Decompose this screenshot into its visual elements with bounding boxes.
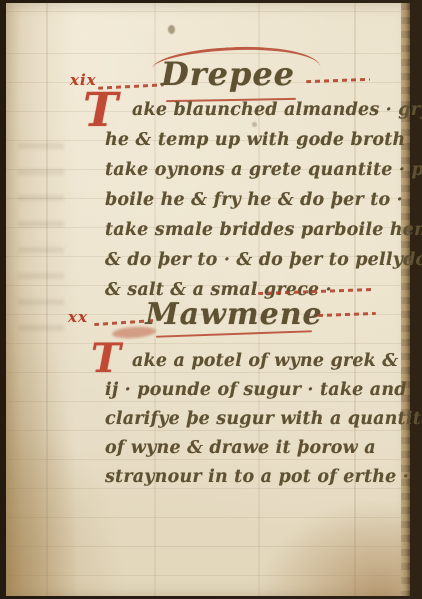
- recipe-line: take oynons a grete quantite · p: [105, 155, 385, 185]
- parchment-stain: [260, 501, 410, 596]
- recipe-title: Drepee: [148, 55, 308, 93]
- recipe-title: Mawmene: [144, 297, 324, 332]
- manuscript-photo: xix Drepee T ake blaunched almandes · gr…: [0, 0, 422, 599]
- recipe-text-block: ake a potel of wyne grek & ij · pounde o…: [105, 347, 385, 492]
- recipe-line: & do þer to · & do þer to pellydore: [105, 245, 385, 275]
- recipe-line: ake blaunched almandes · grynd: [105, 95, 385, 125]
- recipe-line: ake a potel of wyne grek &: [105, 347, 385, 376]
- recipe-line: clarifye þe sugur with a quantite: [105, 405, 385, 434]
- recipe-number-margin: xx: [68, 308, 88, 326]
- recipe-text-block: ake blaunched almandes · grynd he & temp…: [105, 95, 385, 305]
- recipe-line: ij · pounde of sugur · take and: [105, 376, 385, 405]
- recipe-line: take smale briddes parboile hem: [105, 215, 385, 245]
- recipe-line: of wyne & drawe it þorow a: [105, 434, 385, 463]
- page-fore-edge: [401, 3, 410, 596]
- recipe-line: he & temp up with gode broth: [105, 125, 385, 155]
- recipe-line: boile he & fry he & do þer to ·: [105, 185, 385, 215]
- recipe-line: straynour in to a pot of erthe ·: [105, 463, 385, 492]
- manuscript-page: xix Drepee T ake blaunched almandes · gr…: [6, 3, 410, 596]
- ink-speck: [168, 25, 175, 34]
